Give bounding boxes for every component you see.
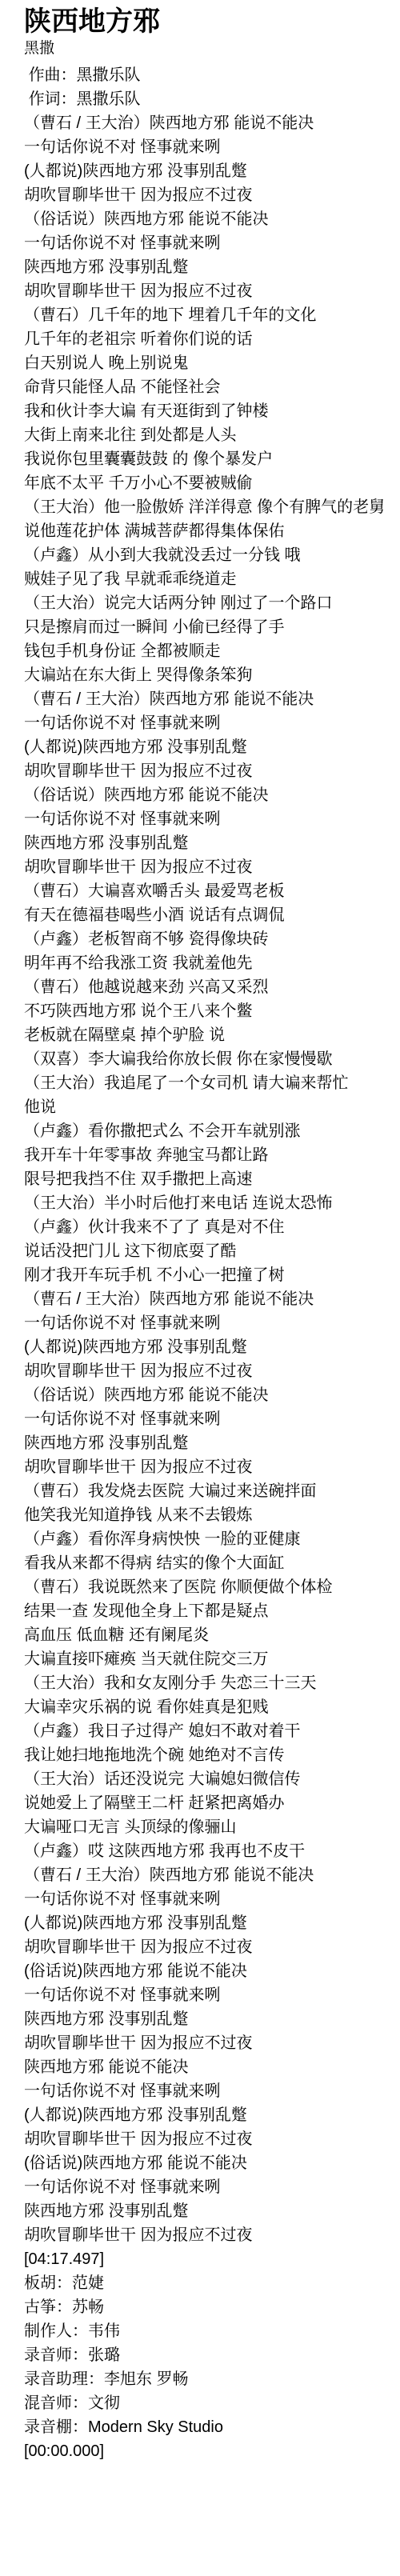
- lyric-line: 陕西地方邪 没事别乱蹩: [24, 2199, 397, 2223]
- lyric-line: （卢鑫）看你撒把式么 不会开车就别涨: [24, 1119, 397, 1143]
- lyric-line: （俗话说）陕西地方邪 能说不能决: [24, 783, 397, 807]
- lyric-line: 录音棚：Modern Sky Studio: [24, 2415, 397, 2439]
- lyric-line: 一句话你说不对 怪事就来咧: [24, 231, 397, 255]
- lyric-line: 一句话你说不对 怪事就来咧: [24, 2175, 397, 2199]
- lyric-line: （曹石 / 王大治）陕西地方邪 能说不能决: [24, 1287, 397, 1311]
- lyric-line: 说她爱上了隔壁王二杆 赶紧把离婚办: [24, 1791, 397, 1815]
- lyric-line: （曹石）大谝喜欢嚼舌头 最爱骂老板: [24, 879, 397, 903]
- lyric-line: 一句话你说不对 怪事就来咧: [24, 1887, 397, 1911]
- lyric-line: 大谝站在东大街上 哭得像条笨狗: [24, 663, 397, 687]
- lyric-line: 看我从来都不得病 结实的像个大面缸: [24, 1551, 397, 1575]
- lyric-line: 胡吹冒聊毕世干 因为报应不过夜: [24, 183, 397, 207]
- lyric-line: 几千年的老祖宗 听着你们说的话: [24, 327, 397, 351]
- lyric-line: 大街上南来北往 到处都是人头: [24, 423, 397, 447]
- lyric-line: （曹石）我说既然来了医院 你顺便做个体检: [24, 1575, 397, 1599]
- lyric-line: [04:17.497]: [24, 2247, 397, 2271]
- lyric-line: 胡吹冒聊毕世干 因为报应不过夜: [24, 279, 397, 303]
- lyric-line: 胡吹冒聊毕世干 因为报应不过夜: [24, 855, 397, 879]
- lyric-line: 作词：黑撒乐队: [24, 87, 397, 111]
- lyric-line: （曹石 / 王大治）陕西地方邪 能说不能决: [24, 1863, 397, 1887]
- lyric-line: 录音助理：李旭东 罗畅: [24, 2367, 397, 2391]
- lyric-line: 陕西地方邪 没事别乱蹩: [24, 831, 397, 855]
- lyric-line: 胡吹冒聊毕世干 因为报应不过夜: [24, 1455, 397, 1479]
- lyric-line: 说话没把门儿 这下彻底耍了酷: [24, 1239, 397, 1263]
- lyric-line: 老板就在隔壁桌 掉个驴脸 说: [24, 1023, 397, 1047]
- lyric-line: （王大治）半小时后他打来电话 连说太恐怖: [24, 1191, 397, 1215]
- lyric-line: （卢鑫）伙计我来不了了 真是对不住: [24, 1215, 397, 1239]
- lyric-line: （俗话说）陕西地方邪 能说不能决: [24, 1383, 397, 1407]
- lyric-line: 一句话你说不对 怪事就来咧: [24, 1983, 397, 2007]
- lyric-line: 胡吹冒聊毕世干 因为报应不过夜: [24, 1935, 397, 1959]
- lyric-line: （王大治）我和女友刚分手 失恋三十三天: [24, 1671, 397, 1695]
- lyric-line: 一句话你说不对 怪事就来咧: [24, 807, 397, 831]
- lyric-line: 胡吹冒聊毕世干 因为报应不过夜: [24, 2223, 397, 2247]
- artist-name: 黑撒: [24, 38, 397, 59]
- lyric-line: 混音师：文彻: [24, 2391, 397, 2415]
- lyric-line: （双喜）李大谝我给你放长假 你在家慢慢歇: [24, 1047, 397, 1071]
- lyric-line: 录音师：张璐: [24, 2343, 397, 2367]
- lyric-line: 钱包手机身份证 全都被顺走: [24, 639, 397, 663]
- lyric-line: 胡吹冒聊毕世干 因为报应不过夜: [24, 2127, 397, 2151]
- lyric-line: 他说: [24, 1095, 397, 1119]
- lyric-line: 他笑我光知道挣钱 从来不去锻炼: [24, 1503, 397, 1527]
- lyric-line: [00:00.000]: [24, 2439, 397, 2463]
- lyric-line: 刚才我开车玩手机 不小心一把撞了树: [24, 1263, 397, 1287]
- lyric-line: (人都说)陕西地方邪 没事别乱蹩: [24, 1911, 397, 1935]
- lyric-line: （曹石 / 王大治）陕西地方邪 能说不能决: [24, 111, 397, 135]
- lyric-line: （卢鑫）哎 这陕西地方邪 我再也不皮干: [24, 1839, 397, 1863]
- lyric-line: 白天别说人 晚上别说鬼: [24, 351, 397, 375]
- lyric-line: （曹石）我发烧去医院 大谝过来送碗拌面: [24, 1479, 397, 1503]
- lyric-line: 一句话你说不对 怪事就来咧: [24, 711, 397, 735]
- lyric-line: 一句话你说不对 怪事就来咧: [24, 135, 397, 159]
- page-title: 陕西地方邪: [24, 5, 397, 38]
- lyric-line: （曹石 / 王大治）陕西地方邪 能说不能决: [24, 687, 397, 711]
- lyric-line: (人都说)陕西地方邪 没事别乱蹩: [24, 159, 397, 183]
- lyric-line: 大谝幸灾乐祸的说 看你娃真是犯贱: [24, 1695, 397, 1719]
- lyric-line: 制作人：韦伟: [24, 2319, 397, 2343]
- lyric-line: 陕西地方邪 没事别乱蹩: [24, 1431, 397, 1455]
- lyric-line: 不巧陕西地方邪 说个王八来个鳖: [24, 999, 397, 1023]
- lyric-line: 板胡：范婕: [24, 2271, 397, 2295]
- lyric-line: （卢鑫）老板智商不够 瓷得像块砖: [24, 927, 397, 951]
- lyric-line: （俗话说）陕西地方邪 能说不能决: [24, 207, 397, 231]
- lyric-line: 一句话你说不对 怪事就来咧: [24, 1311, 397, 1335]
- lyric-line: （卢鑫）看你浑身病怏怏 一脸的亚健康: [24, 1527, 397, 1551]
- lyric-line: 贼娃子见了我 早就乖乖绕道走: [24, 567, 397, 591]
- lyric-line: （王大治）说完大话两分钟 刚过了一个路口: [24, 591, 397, 615]
- lyric-line: 我开车十年零事故 奔驰宝马都让路: [24, 1143, 397, 1167]
- lyric-line: 只是擦肩而过一瞬间 小偷已经得了手: [24, 615, 397, 639]
- lyric-line: (人都说)陕西地方邪 没事别乱蹩: [24, 1335, 397, 1359]
- lyric-line: 明年再不给我涨工资 我就羞他先: [24, 951, 397, 975]
- lyric-line: (人都说)陕西地方邪 没事别乱蹩: [24, 735, 397, 759]
- lyric-line: （王大治）他一脸傲娇 洋洋得意 像个有脾气的老舅: [24, 495, 397, 519]
- lyric-line: （卢鑫）从小到大我就没丢过一分钱 哦: [24, 543, 397, 567]
- lyric-line: 作曲：黑撒乐队: [24, 63, 397, 87]
- lyric-line: 有天在德福巷喝些小酒 说话有点调侃: [24, 903, 397, 927]
- lyric-line: 胡吹冒聊毕世干 因为报应不过夜: [24, 1359, 397, 1383]
- lyric-line: (俗话说)陕西地方邪 能说不能决: [24, 2151, 397, 2175]
- lyric-line: 陕西地方邪 能说不能决: [24, 2055, 397, 2079]
- lyric-line: 大谝哑口无言 头顶绿的像骊山: [24, 1815, 397, 1839]
- lyric-line: 一句话你说不对 怪事就来咧: [24, 1407, 397, 1431]
- lyric-line: 一句话你说不对 怪事就来咧: [24, 2079, 397, 2103]
- lyric-line: 古筝：苏畅: [24, 2295, 397, 2319]
- lyrics-block: 作曲：黑撒乐队 作词：黑撒乐队（曹石 / 王大治）陕西地方邪 能说不能决一句话你…: [24, 63, 397, 2463]
- lyric-line: 结果一查 发现他全身上下都是疑点: [24, 1599, 397, 1623]
- lyric-line: 我说你包里囊囊鼓鼓 的 像个暴发户: [24, 447, 397, 471]
- lyric-line: 胡吹冒聊毕世干 因为报应不过夜: [24, 759, 397, 783]
- lyric-line: 说他莲花护体 满城菩萨都得集体保佑: [24, 519, 397, 543]
- lyric-line: 陕西地方邪 没事别乱蹩: [24, 2007, 397, 2031]
- lyrics-page: 陕西地方邪 黑撒 作曲：黑撒乐队 作词：黑撒乐队（曹石 / 王大治）陕西地方邪 …: [0, 0, 400, 2463]
- lyric-line: 我和伙计李大谝 有天逛街到了钟楼: [24, 399, 397, 423]
- lyric-line: 限号把我挡不住 双手撒把上高速: [24, 1167, 397, 1191]
- lyric-line: （王大治）话还没说完 大谝媳妇微信传: [24, 1767, 397, 1791]
- lyric-line: 大谝直接吓瘫痪 当天就住院交三万: [24, 1647, 397, 1671]
- lyric-line: 年底不太平 千万小心不要被贼偷: [24, 471, 397, 495]
- lyric-line: 高血压 低血糖 还有阑尾炎: [24, 1623, 397, 1647]
- lyric-line: 胡吹冒聊毕世干 因为报应不过夜: [24, 2031, 397, 2055]
- lyric-line: 我让她扫地拖地洗个碗 她绝对不言传: [24, 1743, 397, 1767]
- lyric-line: 命背只能怪人品 不能怪社会: [24, 375, 397, 399]
- lyric-line: （曹石）几千年的地下 埋着几千年的文化: [24, 303, 397, 327]
- lyric-line: （王大治）我追尾了一个女司机 请大谝来帮忙: [24, 1071, 397, 1095]
- lyric-line: 陕西地方邪 没事别乱蹩: [24, 255, 397, 279]
- lyric-line: （卢鑫）我日子过得产 媳妇不敢对着干: [24, 1719, 397, 1743]
- lyric-line: (人都说)陕西地方邪 没事别乱蹩: [24, 2103, 397, 2127]
- lyric-line: （曹石）他越说越来劲 兴高又采烈: [24, 975, 397, 999]
- lyric-line: (俗话说)陕西地方邪 能说不能决: [24, 1959, 397, 1983]
